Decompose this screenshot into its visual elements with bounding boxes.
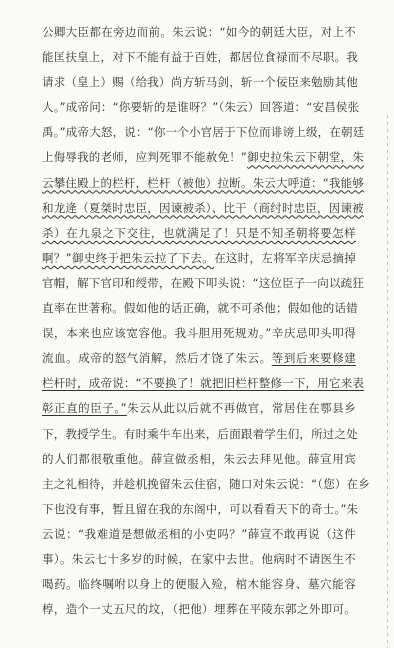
emphasis-solid-underline-text: 彰正直的臣子。” xyxy=(42,401,127,415)
text-segment: 人。”成帝问：“你要斩的是谁呀？”（朱云）回答道：“安昌侯张 xyxy=(42,100,359,114)
text-line: 下，教授学生。有时乘牛车出来，后面跟着学生们，所过之处 xyxy=(42,422,356,447)
text-block: 公卿大臣都在旁边而前。朱云说：“如今的朝廷大臣，对上不能匡扶皇上，对下不能有益于… xyxy=(42,20,356,622)
text-segment: 能匡扶皇上，对下不能有益于百姓，都居位食禄而不尽职。我 xyxy=(42,50,358,64)
text-line: 下也没有事，暂且留在我的东阁中，可以看看天下的奇士。”朱 xyxy=(42,497,356,522)
text-line: 和龙逄（夏桀时忠臣，因谏被杀）、比干（商纣时忠臣，因谏被 xyxy=(42,196,356,221)
text-line: 人。”成帝问：“你要斩的是谁呀？”（朱云）回答道：“安昌侯张 xyxy=(42,95,356,120)
text-segment: 下，教授学生。有时乘牛车出来，后面跟着学生们，所过之处 xyxy=(42,427,358,441)
text-segment: 云说：“我难道是想做丞相的小吏吗？”薛宣不敢再说（这件 xyxy=(42,527,356,541)
text-segment: 请求（皇上）赐（给我）尚方斩马剑，斩一个佞臣来勉励其他 xyxy=(42,75,358,89)
text-line: 云说：“我难道是想做丞相的小吏吗？”薛宣不敢再说（这件 xyxy=(42,522,356,547)
text-line: 喝药。临终嘱咐以身上的便服入殓，棺木能容身、墓穴能容 xyxy=(42,572,356,597)
text-line: 请求（皇上）赐（给我）尚方斩马剑，斩一个佞臣来勉励其他 xyxy=(42,70,356,95)
text-segment: 公卿大臣都在旁边而前。朱云说：“如今的朝廷大臣，对上不 xyxy=(42,25,356,39)
text-line: 的人们都很敬重他。薛宣做丞相，朱云去拜见他。薛宣用宾 xyxy=(42,447,356,472)
emphasis-solid-underline-text: 栏杆时，成帝说：“不要换了！就把旧栏杆整修一下，用它来表 xyxy=(42,376,364,390)
text-line: 误，本来也应该宽容他。我斗胆用死规劝。”辛庆忌叩头叩得 xyxy=(42,321,356,346)
emphasis-wavy-underline-text: 杀）在九泉之下交往，也就满足了！只是不知圣朝将要怎样 xyxy=(42,226,356,240)
text-line: 禹。”成帝大怒，说：“你一个小官居于下位而诽谤上级，在朝廷 xyxy=(42,120,356,145)
text-segment: 官帽，解下官印和绶带，在殿下叩头说：“这位臣子一向以疏狂 xyxy=(42,276,364,290)
text-segment: 在这时，左将军辛庆忌摘掉 xyxy=(214,251,356,265)
text-segment: 流血。成帝的怒气消解，然后才饶了朱云。 xyxy=(42,351,272,365)
text-segment: 喝药。临终嘱咐以身上的便服入殓，棺木能容身、墓穴能容 xyxy=(42,577,356,591)
text-line: 官帽，解下官印和绶带，在殿下叩头说：“这位臣子一向以疏狂 xyxy=(42,271,356,296)
text-line: 上侮辱我的老师，应判死罪不能赦免！”御史拉朱云下朝堂，朱 xyxy=(42,145,356,170)
emphasis-wavy-underline-text: 云攀住殿上的栏杆，栏杆（被他）拉断。朱云大呼道：“我能够 xyxy=(42,176,364,190)
page-gutter-dashed-rule xyxy=(387,115,388,648)
text-segment: 的人们都很敬重他。薛宣做丞相，朱云去拜见他。薛宣用宾 xyxy=(42,452,356,466)
text-segment: 上侮辱我的老师，应判死罪不能赦免！” xyxy=(42,150,247,164)
text-line: 栏杆时，成帝说：“不要换了！就把旧栏杆整修一下，用它来表 xyxy=(42,371,356,396)
text-line: 杀）在九泉之下交往，也就满足了！只是不知圣朝将要怎样 xyxy=(42,221,356,246)
text-segment: 事）。朱云七十多岁的时候，在家中去世。他病时不请医生不 xyxy=(42,552,356,566)
text-line: 主之礼相待，并趁机挽留朱云住宿，随口对朱云说：“（您）在乡 xyxy=(42,472,356,497)
text-line: 啊？”御史终于把朱云拉了下去。在这时，左将军辛庆忌摘掉 xyxy=(42,246,356,271)
text-segment: 朱云从此以后就不再做官，常居住在鄠县乡 xyxy=(127,401,356,415)
text-line: 事）。朱云七十多岁的时候，在家中去世。他病时不请医生不 xyxy=(42,547,356,572)
text-line: 直率在世著称。假如他的话正确，就不可杀他；假如他的话错 xyxy=(42,296,356,321)
emphasis-wavy-underline-text: 啊？”御史终于把朱云拉了下去。 xyxy=(42,251,214,265)
text-line: 公卿大臣都在旁边而前。朱云说：“如今的朝廷大臣，对上不 xyxy=(42,20,356,45)
emphasis-wavy-underline-text: 和龙逄（夏桀时忠臣，因谏被杀）、比干（商纣时忠臣，因谏被 xyxy=(42,201,364,215)
text-line: 能匡扶皇上，对下不能有益于百姓，都居位食禄而不尽职。我 xyxy=(42,45,356,70)
text-segment: 椁，造个一丈五尺的坟，（把他）埋葬在平陵东郭之外即可。 xyxy=(42,602,356,616)
emphasis-solid-underline-text: 等到后来要修建 xyxy=(272,351,356,365)
text-segment: 下也没有事，暂且留在我的东阁中，可以看看天下的奇士。”朱 xyxy=(42,502,358,516)
book-page: 公卿大臣都在旁边而前。朱云说：“如今的朝廷大臣，对上不能匡扶皇上，对下不能有益于… xyxy=(0,0,394,648)
text-segment: 误，本来也应该宽容他。我斗胆用死规劝。”辛庆忌叩头叩得 xyxy=(42,326,356,340)
text-line: 流血。成帝的怒气消解，然后才饶了朱云。等到后来要修建 xyxy=(42,346,356,371)
text-segment: 直率在世著称。假如他的话正确，就不可杀他；假如他的话错 xyxy=(42,301,358,315)
emphasis-wavy-underline-text: 御史拉朱云下朝堂，朱 xyxy=(247,150,364,164)
text-segment: 禹。”成帝大怒，说：“你一个小官居于下位而诽谤上级，在朝廷 xyxy=(42,125,364,139)
text-line: 椁，造个一丈五尺的坟，（把他）埋葬在平陵东郭之外即可。 xyxy=(42,597,356,622)
text-line: 云攀住殿上的栏杆，栏杆（被他）拉断。朱云大呼道：“我能够 xyxy=(42,171,356,196)
text-segment: 主之礼相待，并趁机挽留朱云住宿，随口对朱云说：“（您）在乡 xyxy=(42,477,370,491)
text-line: 彰正直的臣子。”朱云从此以后就不再做官，常居住在鄠县乡 xyxy=(42,396,356,421)
